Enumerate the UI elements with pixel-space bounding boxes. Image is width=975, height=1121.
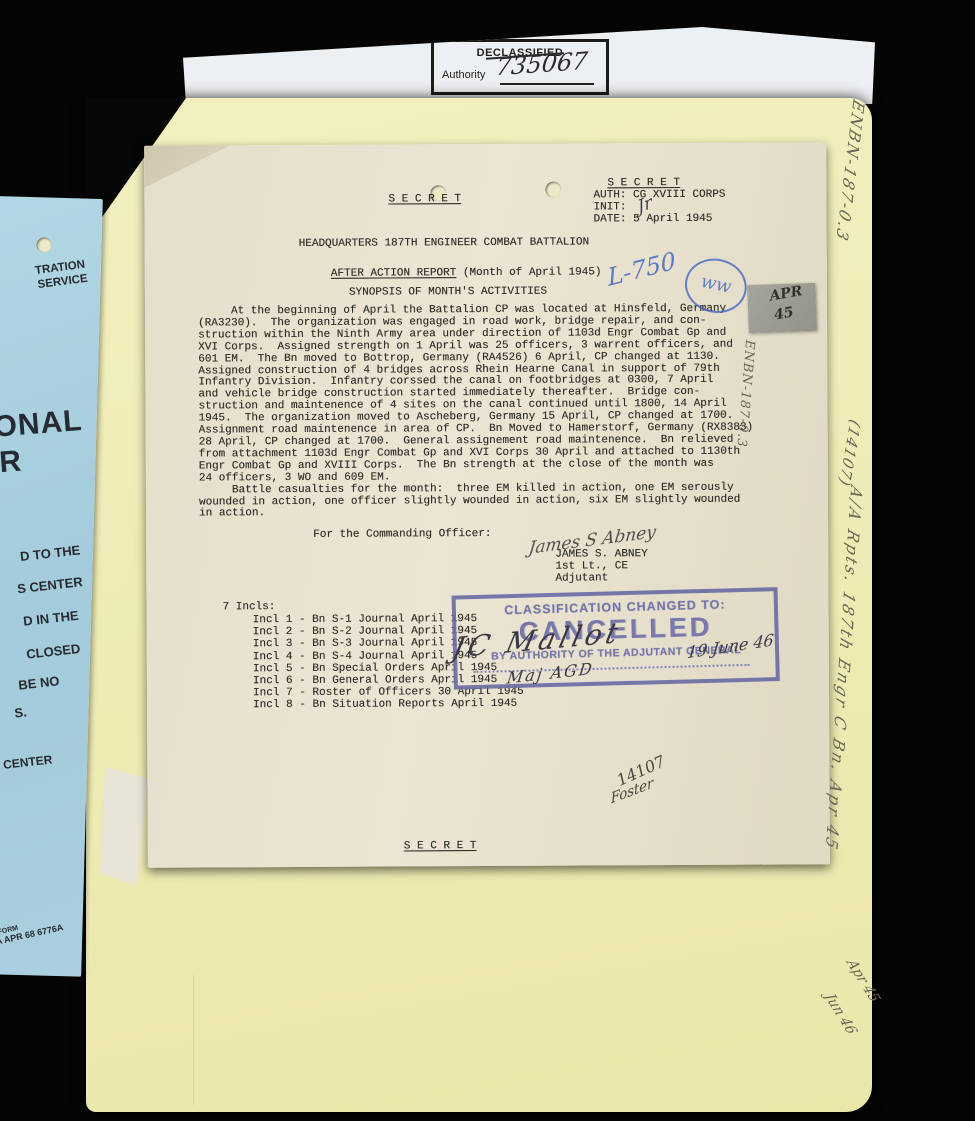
folder-crease [193, 975, 194, 1105]
auth-line: AUTH: CG XVIII CORPS [593, 189, 725, 202]
date-line: DATE: 5 April 1945 [593, 213, 725, 226]
classification-header-right: S E C R E T [607, 177, 725, 190]
signer-title: Adjutant [555, 572, 647, 584]
report-body-text: At the beginning of April the Battalion … [198, 304, 754, 521]
punch-hole [545, 182, 561, 198]
tab-month-handwriting: APR [768, 283, 803, 304]
notice-fragment: D TO THE [19, 542, 81, 564]
synopsis-heading: SYNOPSIS OF MONTH'S ACTIVITIES [349, 286, 547, 299]
report-title-suffix: (Month of April 1945) [456, 266, 601, 279]
blue-pen-annotation: L-750 [606, 247, 677, 292]
classification-header-left: S E C R E T [388, 193, 461, 205]
declassification-stamp-box: DECLASSIFIED Authority 735067 [431, 39, 609, 95]
notice-fragment: CLOSED [25, 641, 81, 662]
folded-corner [144, 145, 230, 187]
notice-fragment: CENTER [2, 752, 53, 771]
punch-hole [36, 237, 51, 252]
authority-underline [500, 83, 594, 85]
headquarters-line: HEADQUARTERS 187TH ENGINEER COMBAT BATTA… [299, 236, 590, 250]
month-index-tab: APR 45 [747, 283, 817, 333]
notice-fragment: ONAL [0, 404, 84, 445]
report-title: AFTER ACTION REPORT [331, 267, 456, 280]
classification-footer: S E C R E T [404, 840, 477, 852]
inclosures-heading: 7 Incls: [223, 601, 276, 613]
authority-number-handwriting: 735067 [495, 47, 589, 82]
notice-fragment: S CENTER [17, 574, 84, 596]
notice-fragment: S. [13, 704, 27, 720]
authority-label: Authority [442, 69, 485, 81]
after-action-report-page: S E C R E T S E C R E T AUTH: CG XVIII C… [144, 142, 830, 868]
init-line: INIT: [593, 201, 725, 214]
declassification-slip: DECLASSIFIED Authority 735067 [183, 27, 875, 104]
blue-circle-scribble: ww [699, 271, 733, 298]
inclosure-item: Incl 8 - Bn Situation Reports April 1945 [253, 698, 524, 712]
for-commanding-officer-line: For the Commanding Officer: [313, 528, 491, 541]
photograph-of-archival-folder: DECLASSIFIED Authority 735067 TRATION SE… [0, 0, 975, 1121]
signer-name: JAMES S. ABNEY [555, 548, 647, 560]
notice-fragment: D IN THE [23, 608, 80, 629]
notice-fragment: BE NO [17, 673, 60, 692]
signer-rank: 1st Lt., CE [555, 560, 647, 572]
tab-year-handwriting: 45 [773, 304, 795, 323]
notice-fragment: ER [0, 445, 23, 482]
